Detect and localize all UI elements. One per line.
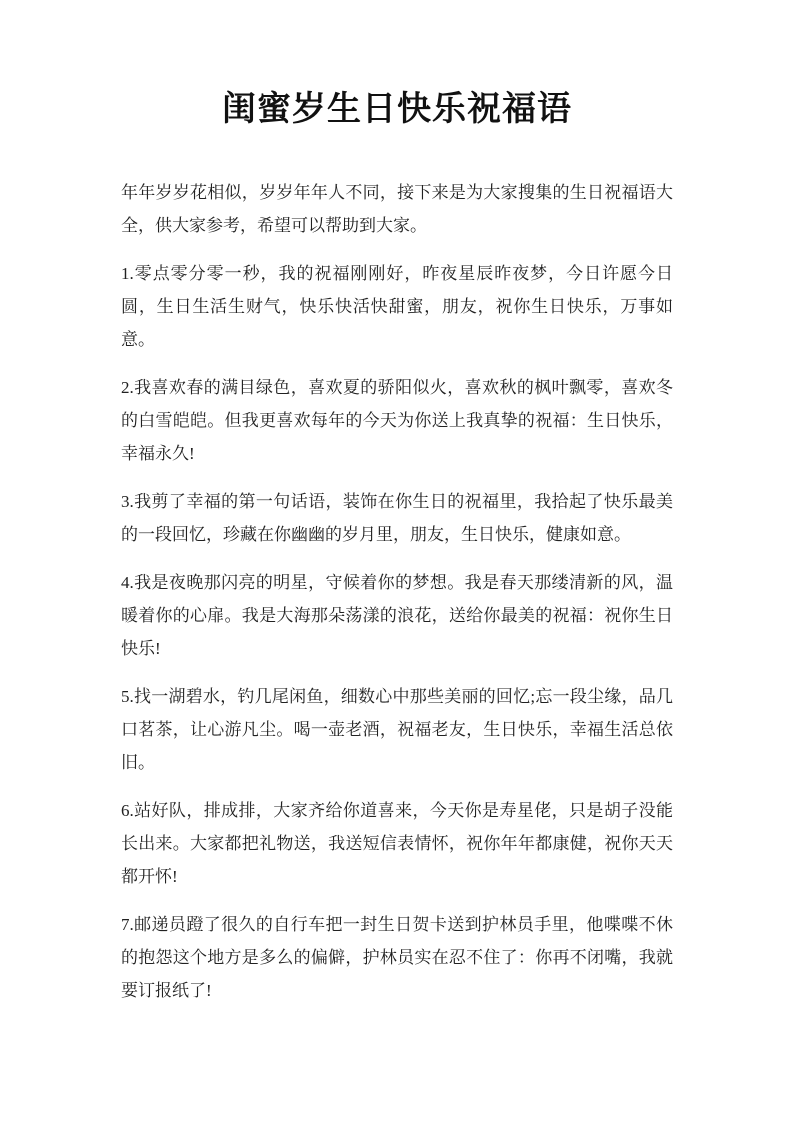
document-page: 闺蜜岁生日快乐祝福语 年年岁岁花相似，岁岁年年人不同，接下来是为大家搜集的生日祝… bbox=[0, 0, 793, 1122]
list-paragraph-6: 6.站好队，排成排，大家齐给你道喜来，今天你是寿星佬，只是胡子没能长出来。大家都… bbox=[121, 794, 673, 893]
list-paragraph-4: 4.我是夜晚那闪亮的明星，守候着你的梦想。我是春天那缕清新的风，温暖着你的心扉。… bbox=[121, 566, 673, 665]
intro-paragraph: 年年岁岁花相似，岁岁年年人不同，接下来是为大家搜集的生日祝福语大全，供大家参考，… bbox=[121, 176, 673, 242]
list-paragraph-3: 3.我剪了幸福的第一句话语，装饰在你生日的祝福里，我拾起了快乐最美的一段回忆，珍… bbox=[121, 485, 673, 551]
document-content: 闺蜜岁生日快乐祝福语 年年岁岁花相似，岁岁年年人不同，接下来是为大家搜集的生日祝… bbox=[0, 0, 793, 1007]
list-paragraph-2: 2.我喜欢春的满目绿色，喜欢夏的骄阳似火，喜欢秋的枫叶飘零，喜欢冬的白雪皑皑。但… bbox=[121, 371, 673, 470]
list-paragraph-1: 1.零点零分零一秒，我的祝福刚刚好，昨夜星辰昨夜梦，今日许愿今日圆，生日生活生财… bbox=[121, 257, 673, 356]
list-paragraph-5: 5.找一湖碧水，钓几尾闲鱼，细数心中那些美丽的回忆;忘一段尘缘，品几口茗茶，让心… bbox=[121, 680, 673, 779]
page-title: 闺蜜岁生日快乐祝福语 bbox=[121, 88, 673, 132]
list-paragraph-7: 7.邮递员蹬了很久的自行车把一封生日贺卡送到护林员手里，他喋喋不休的抱怨这个地方… bbox=[121, 908, 673, 1007]
